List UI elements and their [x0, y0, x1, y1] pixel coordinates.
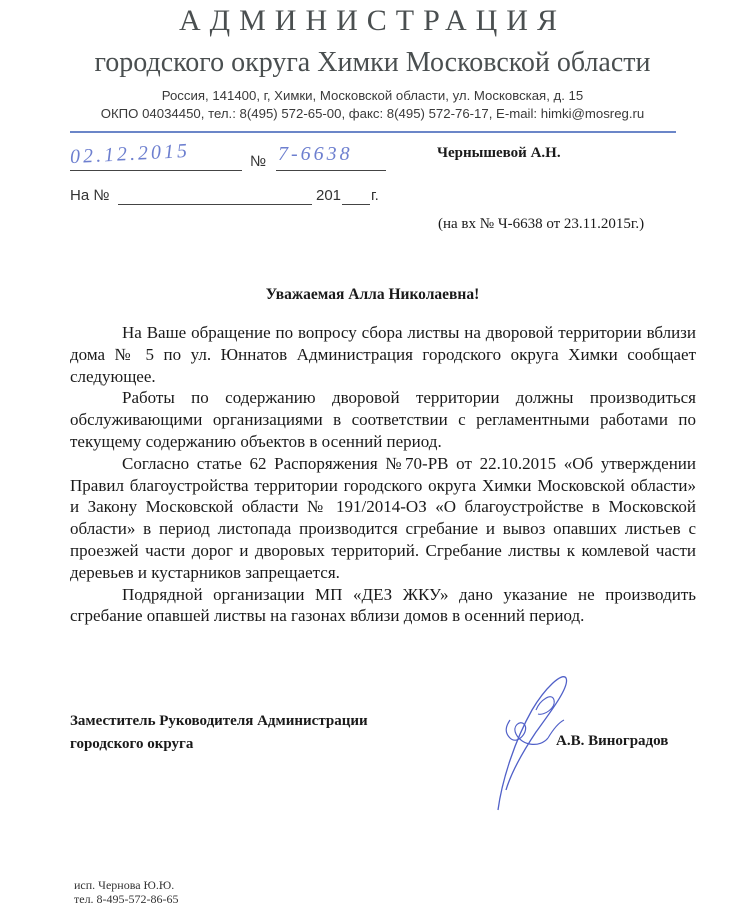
body-paragraph: Работы по содержанию дворовой территории… [70, 387, 696, 452]
reply-to-number-line [118, 204, 312, 205]
letterhead-address: Россия, 141400, г, Химки, Московской обл… [0, 88, 745, 103]
addressee-name: Чернышевой А.Н. [437, 145, 561, 162]
salutation: Уважаемая Алла Николаевна! [0, 286, 745, 304]
letterhead-divider [70, 131, 676, 133]
year-suffix: г. [371, 187, 379, 204]
reply-to-label: На № [70, 187, 109, 204]
body-paragraph: Согласно статье 62 Распоряжения №70-РВ о… [70, 453, 696, 584]
body-paragraph: На Ваше обращение по вопросу сбора листв… [70, 322, 696, 387]
letterhead-title: АДМИНИСТРАЦИЯ [0, 4, 745, 38]
number-underline [276, 170, 386, 171]
executor-phone: тел. 8-495-572-86-65 [74, 892, 179, 906]
incoming-reference: (на вх № Ч-6638 от 23.11.2015г.) [438, 216, 644, 233]
executor-info: исп. Чернова Ю.Ю. тел. 8-495-572-86-65 [74, 878, 179, 906]
signatory-position-line2: городского округа [70, 733, 368, 756]
letterhead-subtitle: городского округа Химки Московской облас… [0, 47, 745, 79]
executor-name: исп. Чернова Ю.Ю. [74, 878, 179, 892]
outgoing-date-field: 02.12.2015 [70, 143, 242, 171]
handwritten-number: 7-6638 [278, 143, 353, 166]
number-label: № [250, 153, 266, 170]
body-paragraph: Подрядной организации МП «ДЕЗ ЖКУ» дано … [70, 584, 696, 628]
letter-body: На Ваше обращение по вопросу сбора листв… [70, 322, 696, 627]
signatory-name: А.В. Виноградов [556, 733, 668, 750]
handwritten-date: 02.12.2015 [69, 140, 190, 169]
year-line [342, 204, 370, 205]
letterhead-contacts: ОКПО 04034450, тел.: 8(495) 572-65-00, ф… [0, 106, 745, 121]
date-underline [70, 170, 242, 171]
signatory-position: Заместитель Руководителя Администрации г… [70, 710, 368, 756]
year-prefix: 201 [316, 187, 341, 204]
signatory-position-line1: Заместитель Руководителя Администрации [70, 710, 368, 733]
outgoing-number-field: 7-6638 [276, 143, 386, 171]
